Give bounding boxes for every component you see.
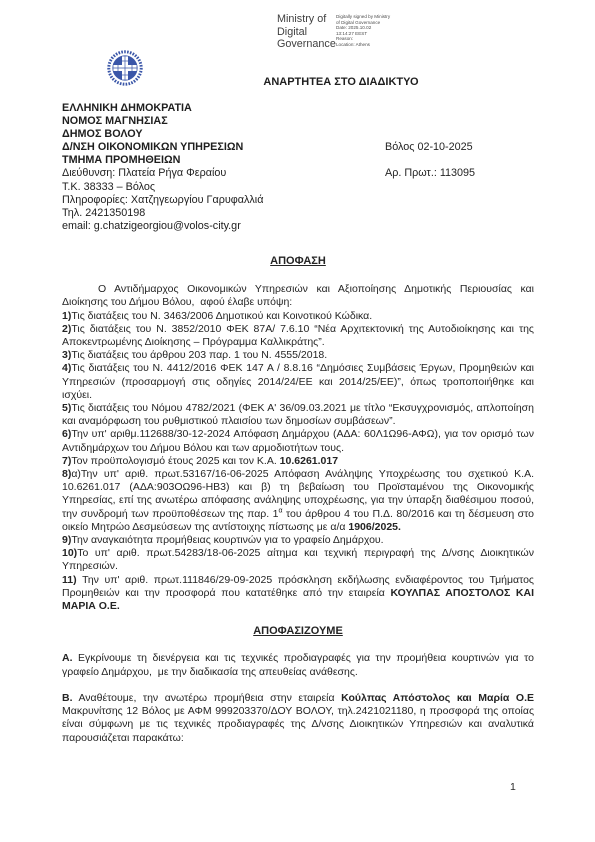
item-text: Τις διατάξεις του άρθρου 203 παρ. 1 του … bbox=[71, 349, 327, 361]
agency-line: ΤΜΗΜΑ ΠΡΟΜΗΘΕΙΩΝ bbox=[62, 154, 263, 167]
consideration-item-5: 5)Τις διατάξεις του Νόμου 4782/2021 (ΦΕΚ… bbox=[62, 402, 534, 428]
item-number: 5) bbox=[62, 402, 71, 414]
paragraph-label: Α. bbox=[62, 652, 73, 664]
consideration-item-8: 8)α)Την υπ' αριθ. πρωτ.53167/16-06-2025 … bbox=[62, 468, 534, 534]
item-number: 3) bbox=[62, 349, 71, 361]
item-text: Τις διατάξεις του Ν. 3463/2006 Δημοτικού… bbox=[71, 310, 372, 322]
agency-line: ΝΟΜΟΣ ΜΑΓΝΗΣΙΑΣ bbox=[62, 115, 263, 128]
agency-block: ΕΛΛΗΝΙΚΗ ΔΗΜΟΚΡΑΤΙΑ ΝΟΜΟΣ ΜΑΓΝΗΣΙΑΣ ΔΗΜΟ… bbox=[62, 102, 263, 233]
preamble: Ο Αντιδήμαρχος Οικονομικών Υπηρεσιών και… bbox=[62, 283, 534, 309]
paragraph-label: Β. bbox=[62, 692, 73, 704]
item-number: 11) bbox=[62, 574, 82, 586]
item-bold-value: 1906/2025. bbox=[348, 521, 401, 533]
item-text: Τις διατάξεις του Ν. 3852/2010 ΦΕΚ 87Α/ … bbox=[62, 323, 536, 348]
item-number: 7) bbox=[62, 455, 71, 467]
decision-title: ΑΠΟΦΑΣΗ bbox=[62, 255, 534, 268]
contact-line-address: Διεύθυνση: Πλατεία Ρήγα Φεραίου bbox=[62, 167, 263, 180]
item-number: 1) bbox=[62, 310, 71, 322]
operative-title: ΑΠΟΦΑΣΙΖΟΥΜΕ bbox=[62, 625, 534, 638]
item-text: Τις διατάξεις του Ν. 4412/2016 ΦΕΚ 147 Α… bbox=[62, 362, 537, 400]
document-body: ΑΠΟΦΑΣΗ Ο Αντιδήμαρχος Οικονομικών Υπηρε… bbox=[62, 255, 534, 745]
document-page: Ministry of Digital Governance Digitally… bbox=[0, 0, 595, 842]
consideration-item-11: 11) Την υπ' αριθ. πρωτ.111846/29-09-2025… bbox=[62, 574, 534, 614]
operative-paragraph-b: Β. Αναθέτουμε, την ανωτέρω προμήθεια στη… bbox=[62, 692, 534, 745]
paragraph-text: Εγκρίνουμε τη διενέργεια και τις τεχνικέ… bbox=[62, 652, 537, 677]
protocol-number: Αρ. Πρωτ.: 113095 bbox=[385, 167, 475, 179]
item-number: 2) bbox=[62, 323, 71, 335]
item-bold-value: 10.6261.017 bbox=[280, 455, 338, 467]
item-text: Τον προϋπολογισμό έτους 2025 και τον Κ.Α… bbox=[71, 455, 279, 467]
item-number: 10) bbox=[62, 547, 77, 559]
contractor-name: Κούλπας Απόστολος και Μαρία Ο.Ε bbox=[341, 692, 534, 704]
item-text: Τις διατάξεις του Νόμου 4782/2021 (ΦΕΚ Α… bbox=[62, 402, 537, 427]
operative-paragraph-a: Α. Εγκρίνουμε τη διενέργεια και τις τεχν… bbox=[62, 652, 534, 678]
consideration-item-4: 4)Τις διατάξεις του Ν. 4412/2016 ΦΕΚ 147… bbox=[62, 362, 534, 402]
paragraph-text: Αναθέτουμε, την ανωτέρω προμήθεια στην ε… bbox=[73, 692, 342, 704]
item-number: 8) bbox=[62, 468, 71, 480]
consideration-item-10: 10)Το υπ' αριθ. πρωτ.54283/18-06-2025 αί… bbox=[62, 547, 534, 573]
signature-details: Digitally signed by Ministry of Digital … bbox=[336, 14, 390, 48]
contact-line-postcode: Τ.Κ. 38333 – Βόλος bbox=[62, 181, 263, 194]
consideration-item-3: 3)Τις διατάξεις του άρθρου 203 παρ. 1 το… bbox=[62, 349, 534, 362]
agency-line: Δ/ΝΣΗ ΟΙΚΟΝΟΜΙΚΩΝ ΥΠΗΡΕΣΙΩΝ bbox=[62, 141, 263, 154]
publish-notice: ΑΝΑΡΤΗΤΕΑ ΣΤΟ ΔΙΑΔΙΚΤΥΟ bbox=[233, 76, 449, 88]
consideration-item-2: 2)Τις διατάξεις του Ν. 3852/2010 ΦΕΚ 87Α… bbox=[62, 323, 534, 349]
contact-line-email: email: g.chatzigeorgiou@volos-city.gr bbox=[62, 220, 263, 233]
contact-line-phone: Τηλ. 2421350198 bbox=[62, 207, 263, 220]
consideration-item-7: 7)Τον προϋπολογισμό έτους 2025 και τον Κ… bbox=[62, 455, 534, 468]
item-number: 6) bbox=[62, 428, 71, 440]
agency-line: ΕΛΛΗΝΙΚΗ ΔΗΜΟΚΡΑΤΙΑ bbox=[62, 102, 263, 115]
item-text: Την αναγκαιότητα προμήθειας κουρτινών γι… bbox=[71, 534, 383, 546]
item-number: 4) bbox=[62, 362, 71, 374]
consideration-item-9: 9)Την αναγκαιότητα προμήθειας κουρτινών … bbox=[62, 534, 534, 547]
item-text: Το υπ' αριθ. πρωτ.54283/18-06-2025 αίτημ… bbox=[62, 547, 537, 572]
page-number: 1 bbox=[510, 781, 516, 793]
consideration-item-1: 1)Τις διατάξεις του Ν. 3463/2006 Δημοτικ… bbox=[62, 310, 534, 323]
agency-line: ΔΗΜΟΣ ΒΟΛΟΥ bbox=[62, 128, 263, 141]
greek-municipal-emblem-icon bbox=[106, 48, 144, 88]
item-number: 9) bbox=[62, 534, 71, 546]
place-date: Βόλος 02-10-2025 bbox=[385, 141, 473, 153]
consideration-item-6: 6)Την υπ' αριθμ.112688/30-12-2024 Απόφασ… bbox=[62, 428, 534, 454]
signature-authority: Ministry of Digital Governance bbox=[277, 13, 336, 51]
contact-line-info: Πληροφορίες: Χατζηγεωργίου Γαρυφαλλιά bbox=[62, 194, 263, 207]
item-text: Την υπ' αριθμ.112688/30-12-2024 Απόφαση … bbox=[62, 428, 536, 453]
